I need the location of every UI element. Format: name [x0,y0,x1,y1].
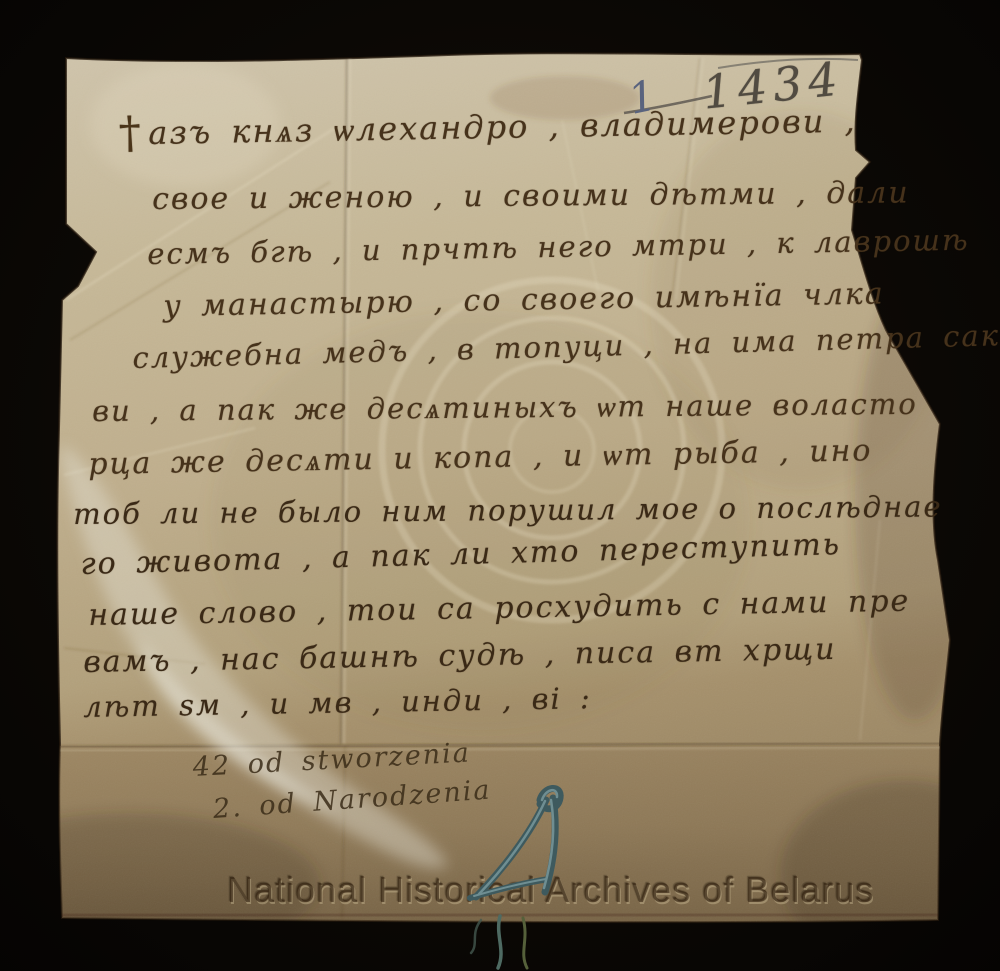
invocation-cross: † [118,107,142,159]
charter-text-line: свое и женою , и своими дѣтми , дали [152,175,910,217]
photo-stage: National Historical Archives of Belarus … [0,0,1000,971]
charter-text-line: ви , а пак же десѧтиныхъ ѡт наше воласто [92,387,918,429]
archive-watermark: National Historical Archives of Belarus [227,869,874,911]
